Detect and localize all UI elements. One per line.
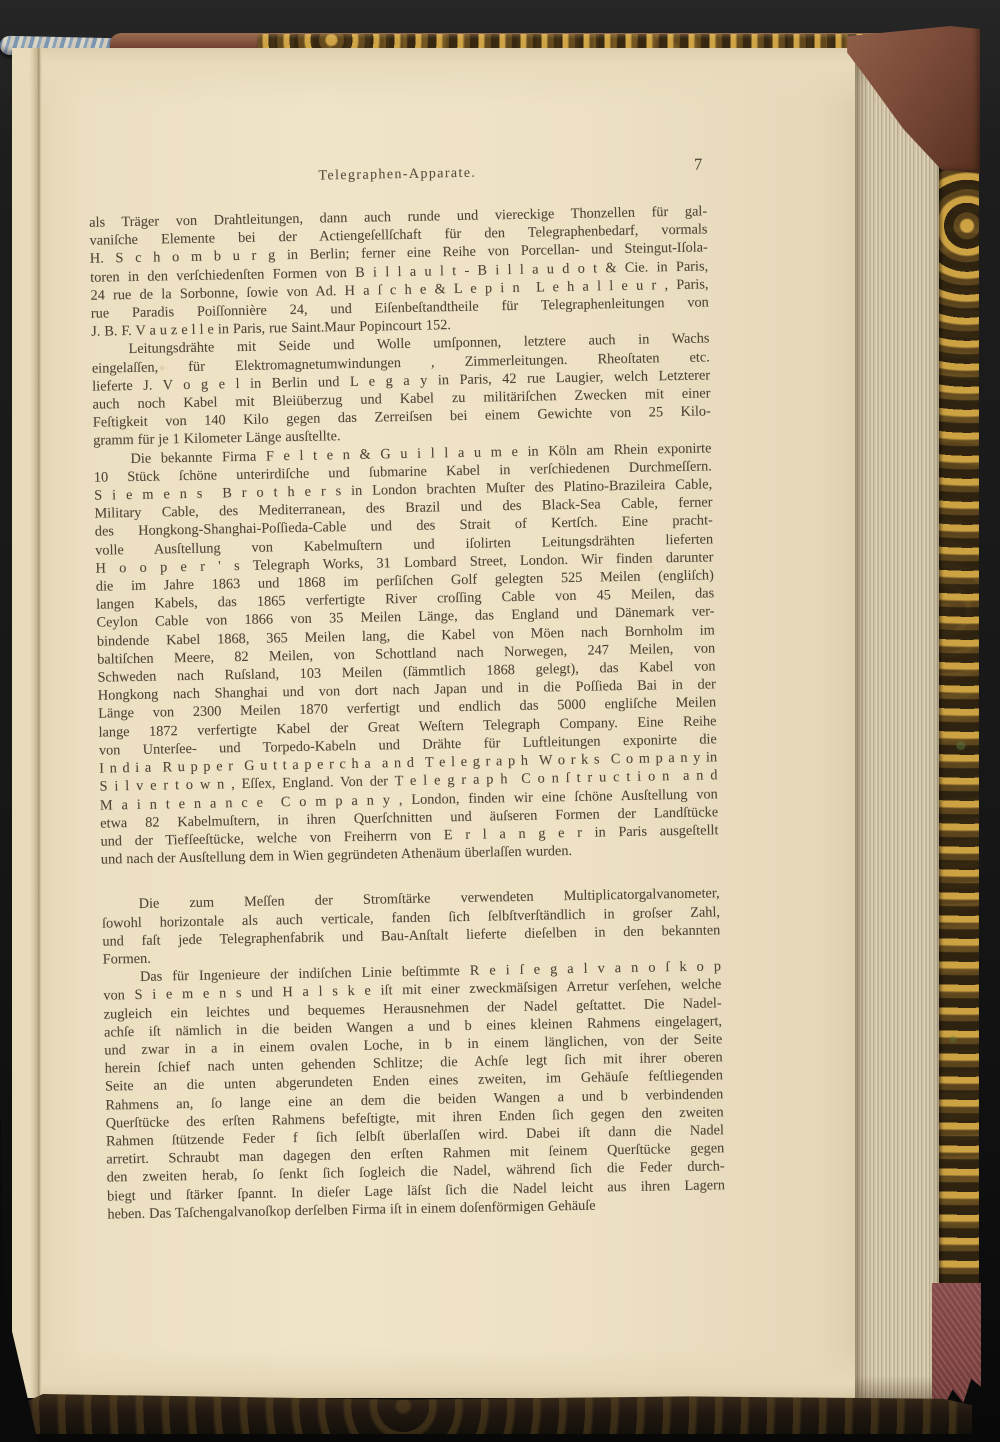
page-gutter-crease [12, 48, 42, 1398]
page-number: 7 [694, 154, 703, 174]
book-bottom-board [24, 1394, 972, 1434]
paragraph-3: Die bekannte Firma F e l t e n & G u i l… [93, 439, 719, 869]
page-content: Telegraphen-Apparate. 7 als Träger von D… [88, 161, 725, 1223]
body-text: als Träger von Drahtleitungen, dann auch… [89, 202, 725, 1223]
paragraph-1: als Träger von Drahtleitungen, dann auch… [89, 202, 709, 341]
marbled-cover-edge [939, 158, 979, 1288]
paragraph-2: Leitungsdrähte mit Seide und Wolle umſpo… [91, 330, 711, 451]
leather-corner-bottom-right [932, 1283, 981, 1416]
paragraph-5: Das für Ingenieure der indiſchen Linie b… [103, 957, 726, 1223]
scanned-book-photo: { "document": { "header": { "running_tit… [0, 0, 1000, 1442]
running-title: Telegraphen-Apparate. [318, 166, 476, 185]
paragraph-4: Die zum Meſſen der Stromſtärke verwendet… [102, 885, 721, 969]
fore-edge-page-stack [855, 46, 941, 1410]
